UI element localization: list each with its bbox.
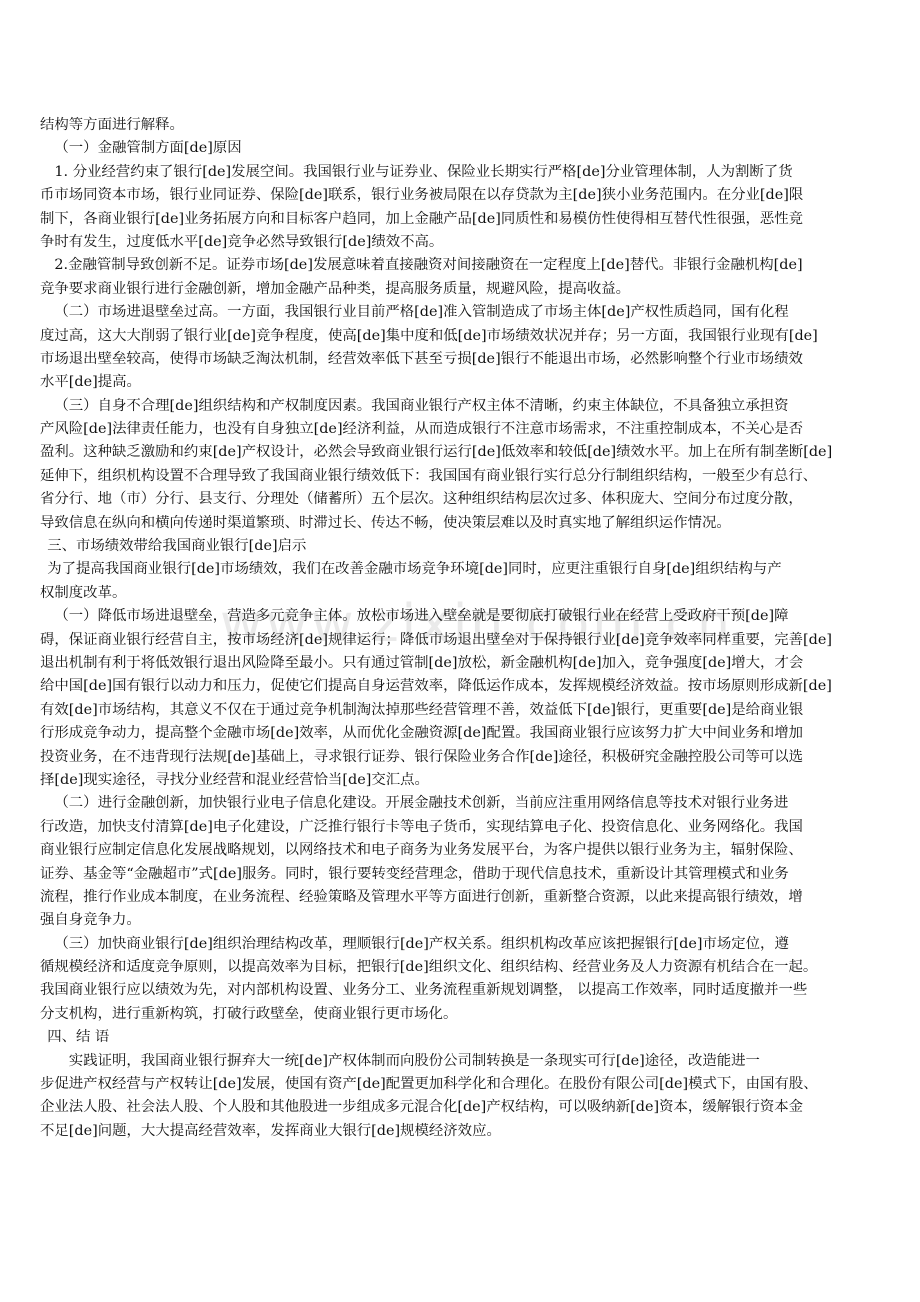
paragraph-line: 2.金融管制导致创新不足。证券市场[de]发展意味着直接融资对间接融资在一定程度… [40,254,832,277]
paragraph-line: 制下，各商业银行[de]业务拓展方向和目标客户趋同，加上金融产品[de]同质性和… [40,208,832,231]
paragraph-line: 延伸下，组织机构设置不合理导致了我国商业银行绩效低下：我国国有商业银行实行总分行… [40,465,832,488]
paragraph-line: 有效[de]市场结构，其意义不仅在于通过竞争机制淘汰掉那些经营管理不善，效益低下… [40,699,832,722]
paragraph-line: 度过高，这大大削弱了银行业[de]竞争程度，使高[de]集中度和低[de]市场绩… [40,325,832,348]
paragraph-line: 争时有发生，过度低水平[de]竞争必然导致银行[de]绩效不高。 [40,231,832,254]
paragraph-line: 择[de]现实途径，寻找分业经营和混业经营恰当[de]交汇点。 [40,769,832,792]
paragraph-line: 实践证明，我国商业银行摒弃大一统[de]产权体制而向股份公司制转换是一条现实可行… [40,1050,832,1073]
paragraph-line: 循规模经济和适度竞争原则，以提高效率为目标，把银行[de]组织文化、组织结构、经… [40,956,832,979]
paragraph-line: 流程，推行作业成本制度，在业务流程、经验策略及管理水平等方面进行创新，重新整合资… [40,886,832,909]
paragraph-line: 强自身竞争力。 [40,909,832,932]
paragraph-line: 投资业务，在不违背现行法规[de]基础上，寻求银行证券、银行保险业务合作[de]… [40,746,832,769]
section-heading-conclusion: 四、结 语 [40,1026,832,1049]
paragraph-line: 给中国[de]国有银行以动力和压力，促使它们提高自身运营效率，降低运作成本，发挥… [40,675,832,698]
paragraph-line: 结构等方面进行解释。 [40,114,832,137]
paragraph-line: （二）进行金融创新，加快银行业电子信息化建设。开展金融技术创新，当前应注重用网络… [40,792,832,815]
paragraph-line: 产风险[de]法律责任能力，也没有自身独立[de]经济利益，从而造成银行不注意市… [40,418,832,441]
paragraph-line: （二）市场进退壁垒过高。一方面，我国银行业目前严格[de]准入管制造成了市场主体… [40,301,832,324]
paragraph-line: 碍，保证商业银行经营自主，按市场经济[de]规律运行；降低市场退出壁垒对于保持银… [40,629,832,652]
paragraph-line: 市场退出壁垒较高，使得市场缺乏淘汰机制，经营效率低下甚至亏损[de]银行不能退出… [40,348,832,371]
paragraph-line: 盈利。这种缺乏激励和约束[de]产权设计，必然会导致商业银行运行[de]低效率和… [40,441,832,464]
paragraph-line: 省分行、地（市）分行、县支行、分理处（储蓄所）五个层次。这种组织结构层次过多、体… [40,488,832,511]
paragraph-line: 不足[de]问题，大大提高经营效率，发挥商业大银行[de]规模经济效应。 [40,1120,832,1143]
paragraph-line: 权制度改革。 [40,582,832,605]
paragraph-line: 行形成竞争动力，提高整个金融市场[de]效率，从而优化金融资源[de]配置。我国… [40,722,832,745]
paragraph-line: 商业银行应制定信息化发展战略规划，以网络技术和电子商务为业务发展平台，为客户提供… [40,839,832,862]
paragraph-line: 我国商业银行应以绩效为先，对内部机构设置、业务分工、业务流程重新规划调整， 以提… [40,979,832,1002]
section-heading-implications: 三、市场绩效带给我国商业银行[de]启示 [40,535,832,558]
paragraph-line: 币市场同资本市场，银行业同证券、保险[de]联系，银行业务被局限在以存贷款为主[… [40,184,832,207]
paragraph-line: 为了提高我国商业银行[de]市场绩效，我们在改善金融市场竞争环境[de]同时，应… [40,558,832,581]
section-heading-financial-regulation: （一）金融管制方面[de]原因 [40,137,832,160]
paragraph-line: 水平[de]提高。 [40,371,832,394]
paragraph-line: （一）降低市场进退壁垒，营造多元竞争主体。放松市场进入壁垒就是要彻底打破银行业在… [40,605,832,628]
paragraph-line: 企业法人股、社会法人股、个人股和其他股进一步组成多元混合化[de]产权结构，可以… [40,1096,832,1119]
paragraph-line: （三）加快商业银行[de]组织治理结构改革，理顺银行[de]产权关系。组织机构改… [40,933,832,956]
paragraph-line: 行改造，加快支付清算[de]电子化建设，广泛推行银行卡等电子货币，实现结算电子化… [40,816,832,839]
document-body: 结构等方面进行解释。 （一）金融管制方面[de]原因 1. 分业经营约束了银行[… [40,114,832,1143]
paragraph-line: 证券、基金等“金融超市”式[de]服务。同时，银行要转变经营理念，借助于现代信息… [40,863,832,886]
paragraph-line: （三）自身不合理[de]组织结构和产权制度因素。我国商业银行产权主体不清晰，约束… [40,395,832,418]
paragraph-line: 退出机制有利于将低效银行退出风险降至最小。只有通过管制[de]放松，新金融机构[… [40,652,832,675]
paragraph-line: 分支机构，进行重新构筑，打破行政壁垒，使商业银行更市场化。 [40,1003,832,1026]
paragraph-line: 1. 分业经营约束了银行[de]发展空间。我国银行业与证券业、保险业长期实行严格… [40,161,832,184]
paragraph-line: 导致信息在纵向和横向传递时渠道繁琐、时滞过长、传达不畅，使决策层难以及时真实地了… [40,512,832,535]
paragraph-line: 步促进产权经营与产权转让[de]发展，使国有资产[de]配置更加科学化和合理化。… [40,1073,832,1096]
paragraph-line: 竞争要求商业银行进行金融创新，增加金融产品种类，提高服务质量，规避风险，提高收益… [40,278,832,301]
